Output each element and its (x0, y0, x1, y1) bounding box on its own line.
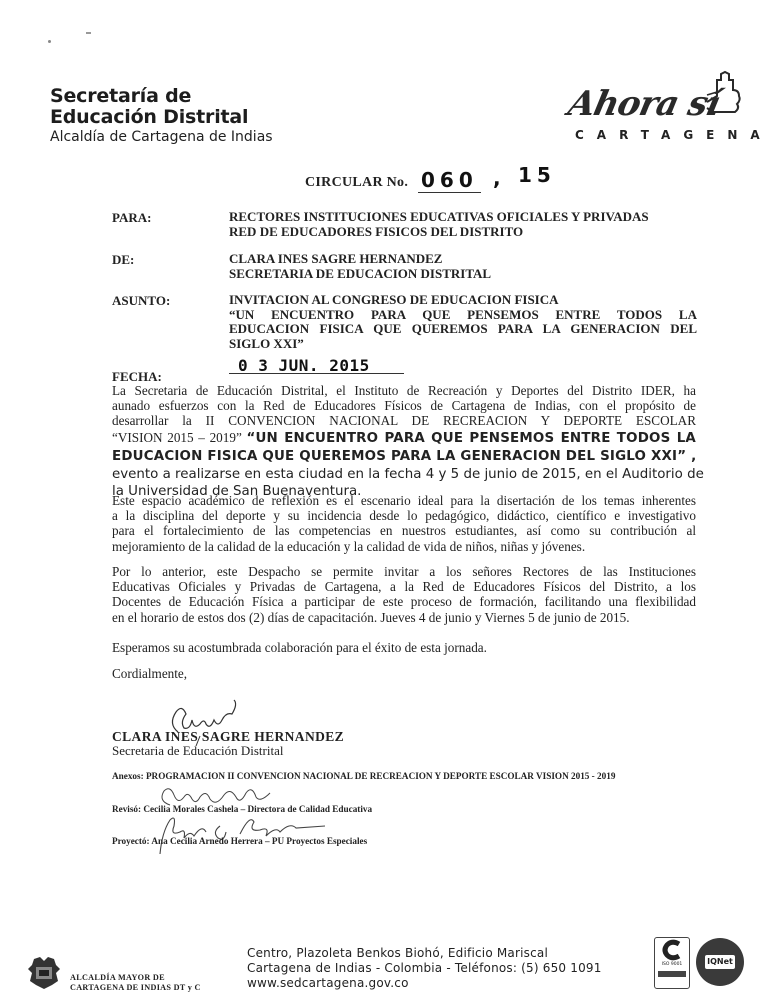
p1-line-1: La Secretaria de Educación Distrital, el… (112, 383, 696, 398)
asunto-line-1: INVITACION AL CONGRESO DE EDUCACION FISI… (229, 293, 697, 308)
para-value: RECTORES INSTITUCIONES EDUCATIVAS OFICIA… (229, 210, 697, 239)
p3-line-1: Por lo anterior, este Despacho se permit… (112, 564, 696, 579)
proyecto-line: Proyectó: Ana Cecilia Arnedo Herrera – P… (112, 836, 367, 846)
fecha-underline (229, 373, 404, 374)
icontec-logo-icon (655, 938, 689, 962)
circular-label: CIRCULAR No. (305, 175, 408, 191)
footer-address: Centro, Plazoleta Benkos Biohó, Edificio… (247, 946, 602, 991)
alcaldia-footer-text: ALCALDÍA MAYOR DE CARTAGENA DE INDIAS DT… (70, 973, 201, 992)
slogan-text: Ahora sí (565, 84, 723, 124)
p1-tail-line-1: evento a realizarse en esta ciudad en la… (112, 466, 696, 483)
alcaldia-line-1: ALCALDÍA MAYOR DE (70, 973, 201, 983)
iso-label: ISO 9001 (655, 962, 689, 967)
iqnet-inner: IQNet (705, 955, 735, 969)
para-line-1: RECTORES INSTITUCIONES EDUCATIVAS OFICIA… (229, 210, 697, 225)
p1-line-3: desarrollar la II CONVENCION NACIONAL DE… (112, 413, 696, 428)
p1-highlight-1: “UN ENCUENTRO PARA QUE PENSEMOS ENTRE TO… (246, 431, 696, 446)
asunto-label: ASUNTO: (112, 293, 170, 309)
de-line-2: SECRETARIA DE EDUCACION DISTRITAL (229, 267, 697, 282)
address-line-1: Centro, Plazoleta Benkos Biohó, Edificio… (247, 946, 602, 961)
website-link[interactable]: www.sedcartagena.gov.co (247, 976, 602, 991)
thumbs-up-icon (703, 68, 743, 118)
iqnet-label: IQNet (705, 955, 735, 969)
paragraph-4: Esperamos su acostumbrada colaboración p… (112, 640, 696, 655)
org-header: Secretaría de Educación Distrital Alcald… (50, 86, 273, 145)
p2-line-2: a la disciplina del deporte y su inciden… (112, 508, 696, 523)
p3-line-4: en el horario de estos dos (2) días de c… (112, 610, 696, 625)
p1-highlight-2: EDUCACION FISICA QUE QUEREMOS PARA LA GE… (112, 447, 696, 466)
org-name-line2: Educación Distrital (50, 107, 273, 128)
ahora-si-logo: Ahora sí CARTAGENA (555, 62, 765, 142)
iso-9001-badge: ISO 9001 (654, 937, 690, 989)
coat-of-arms-icon (26, 955, 62, 991)
paragraph-3: Por lo anterior, este Despacho se permit… (112, 564, 696, 625)
p3-line-2: Educativas Oficiales y Privadas de Carta… (112, 579, 696, 594)
project-signature-scribble (140, 812, 340, 857)
city-text: CARTAGENA (575, 128, 768, 142)
closing: Cordialmente, (112, 666, 696, 681)
scan-speck (48, 40, 51, 43)
address-line-2: Cartagena de Indias - Colombia - Teléfon… (247, 961, 602, 976)
p1-line-4: “VISION 2015 – 2019” “UN ENCUENTRO PARA … (112, 429, 696, 447)
asunto-line-3: EDUCACION FISICA QUE QUEREMOS PARA LA GE… (229, 322, 697, 337)
p1-vision: “VISION 2015 – 2019” (112, 430, 242, 445)
scan-speck (86, 32, 91, 34)
de-line-1: CLARA INES SAGRE HERNANDEZ (229, 252, 697, 267)
circular-number: 060 (421, 168, 478, 192)
p1-line-2: aunado esfuerzos con la Red de Educadore… (112, 398, 696, 413)
asunto-line-2: “UN ENCUENTRO PARA QUE PENSEMOS ENTRE TO… (229, 308, 697, 323)
anexos-line: Anexos: PROGRAMACION II CONVENCION NACIO… (112, 771, 615, 781)
paragraph-1: La Secretaria de Educación Distrital, el… (112, 383, 696, 500)
signatory-role: Secretaria de Educación Distrital (112, 743, 283, 759)
iso-bar (658, 971, 686, 977)
circular-year: 15 (518, 163, 556, 187)
asunto-line-4: SIGLO XXI” (229, 337, 697, 352)
circular-separator: , (493, 166, 506, 190)
p2-line-4: mejoramiento de la calidad de la educaci… (112, 539, 696, 554)
paragraph-2: Este espacio académico de reflexión es e… (112, 493, 696, 554)
iqnet-badge: IQNet (696, 938, 744, 986)
de-label: DE: (112, 252, 134, 268)
org-name-line1: Secretaría de (50, 86, 273, 107)
para-label: PARA: (112, 210, 151, 226)
alcaldia-line-2: CARTAGENA DE INDIAS DT y C (70, 983, 201, 993)
p2-line-3: para el fortalecimiento de las competenc… (112, 523, 696, 538)
p3-line-3: Docentes de Educación Física a participa… (112, 594, 696, 609)
org-subtitle: Alcaldía de Cartagena de Indias (50, 129, 273, 145)
p2-line-1: Este espacio académico de reflexión es e… (112, 493, 696, 508)
para-line-2: RED DE EDUCADORES FISICOS DEL DISTRITO (229, 225, 697, 240)
asunto-value: INVITACION AL CONGRESO DE EDUCACION FISI… (229, 293, 697, 351)
de-value: CLARA INES SAGRE HERNANDEZ SECRETARIA DE… (229, 252, 697, 281)
